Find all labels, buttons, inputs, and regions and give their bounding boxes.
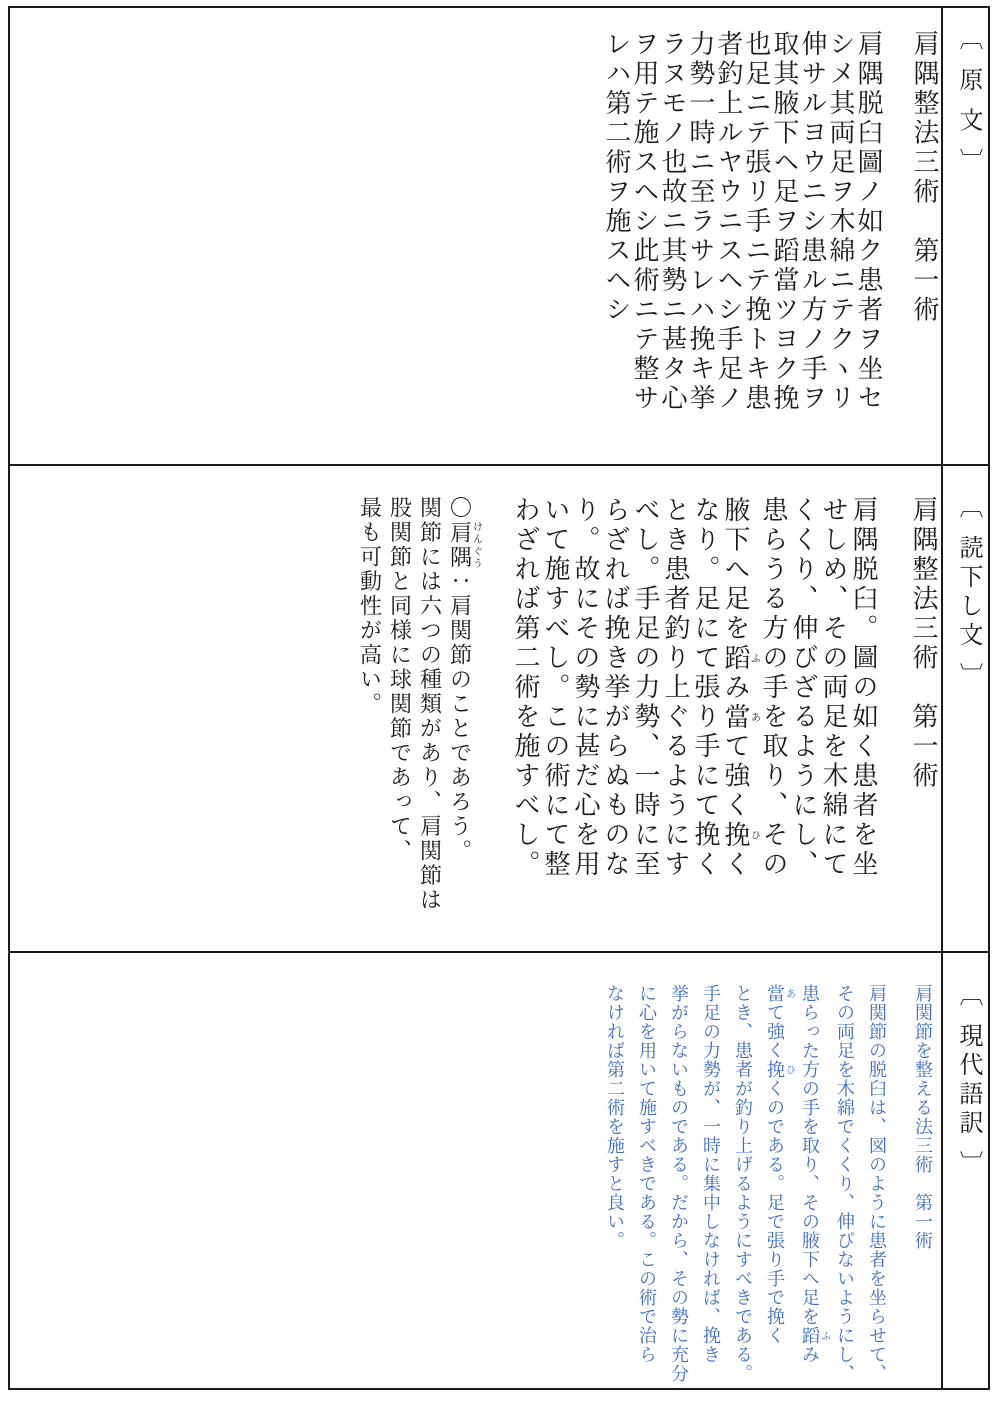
text-column: その両足を木綿でくくり、伸びないようにし、: [829, 984, 861, 1384]
text-column: 腋下へ足を蹈ふみ當あて強く挽ひく: [721, 496, 759, 946]
text-column: 肩隅脱臼。圖の如く患者を坐: [849, 496, 879, 946]
text-column: 當あて強く挽ひくのである。足で張り手で挽く: [759, 984, 794, 1384]
label-column-separator: [941, 6, 943, 1390]
text-column: わざれば第二術を施すべし。: [511, 496, 541, 946]
section-divider-2: [8, 951, 990, 953]
text-column: とき、患者が釣り上げるようにすべきである。: [727, 984, 759, 1384]
ruby-furigana: 當あ: [765, 984, 785, 1003]
text-column: とき患者釣り上ぐるようにす: [661, 496, 691, 946]
text-column: 肩関節の脱臼は、図のように患者を坐らせて、: [861, 984, 893, 1384]
body-text-columns: 肩隅脱臼。圖の如く患者を坐せしめ、その両足を木綿にてくくり、伸びざるようにし、患…: [511, 496, 879, 946]
text-column: ヲ用テ施スヘシ此術ニテ整サ: [631, 30, 659, 456]
text-column: 〇肩隅けんぐう：肩関節のことであろう。: [445, 496, 482, 946]
text-column: くくり、伸びざるようにし、: [789, 496, 819, 946]
text-column: 力勢一時ニ至ラサレハ挽キ挙: [687, 30, 715, 456]
text-column: 患らうる方の手を取り、その: [759, 496, 789, 946]
text-column: らざれば挽き挙がらぬものな: [601, 496, 631, 946]
text-column: ラヌモノ也故ニ其勢ニ甚タ心: [659, 30, 687, 456]
text-column: いて施すべし。この術にて整: [541, 496, 571, 946]
ruby-furigana: 肩隅けんぐう: [448, 521, 473, 570]
text-column: 伸サルヨウニシ患ル方ノ手ヲ: [799, 30, 827, 456]
body-text-columns: 肩関節の脱臼は、図のように患者を坐らせて、その両足を木綿でくくり、伸びないように…: [599, 984, 893, 1384]
section-label-original-text: 〔 原 文 〕: [948, 26, 988, 177]
section-reading-text: 肩隅整法三術 第一術 肩隅脱臼。圖の如く患者を坐せしめ、その両足を木綿にてくくり…: [20, 496, 939, 946]
text-column: シメ其両足ヲ木綿ニテクヽリ: [827, 30, 855, 456]
section-original-text: 肩隅整法三術 第一術 肩隅脱臼圖ノ如ク患者ヲ坐セシメ其両足ヲ木綿ニテクヽリ伸サル…: [20, 30, 939, 456]
text-column: レハ第二術ヲ施スヘシ: [603, 30, 631, 456]
text-column: なり。足にて張り手にて挽く: [691, 496, 721, 946]
text-column: 股関節と同様に球関節であって、: [385, 496, 415, 946]
section-title: 肩隅整法三術 第一術: [911, 30, 939, 456]
ruby-furigana: 當あ: [721, 703, 751, 733]
text-column: せしめ、その両足を木綿にて: [819, 496, 849, 946]
text-column: に心を用いて施すべきである。この術で治ら: [631, 984, 663, 1384]
text-column: なければ第二術を施すと良い。: [599, 984, 631, 1384]
section-title: 肩関節を整える法三術 第一術: [907, 984, 939, 1384]
text-column: 取其腋下ヘ足ヲ蹈當ツヨク挽: [771, 30, 799, 456]
section-label-reading-text: 〔 読下し文 〕: [948, 494, 988, 691]
text-column: り。故にその勢に甚だ心を用: [571, 496, 601, 946]
text-column: 手足の力勢が、一時に集中しなければ、挽き: [695, 984, 727, 1384]
text-column: 也足ニテ張リ手ニテ挽トキ患: [743, 30, 771, 456]
text-column: 最も可動性が高い。: [355, 496, 385, 946]
section-title: 肩隅整法三術 第一術: [909, 496, 939, 946]
section-label-modern-translation: 〔 現代語訳 〕: [948, 982, 988, 1179]
text-column: 患らった方の手を取り、その腋下へ足を蹈ふみ: [794, 984, 829, 1384]
text-column: 肩隅脱臼圖ノ如ク患者ヲ坐セ: [855, 30, 883, 456]
annotation-note-columns: 〇肩隅けんぐう：肩関節のことであろう。関節には六つの種類があり、肩関節は股関節と…: [355, 496, 482, 946]
text-column: べし。手足の力勢、一時に至: [631, 496, 661, 946]
ruby-furigana: 蹈ふ: [721, 644, 751, 674]
ruby-furigana: 挽ひ: [721, 821, 751, 851]
text-column: 者釣上ルヤウニスヘシ手足ノ: [715, 30, 743, 456]
ruby-furigana: 蹈ふ: [800, 1326, 820, 1345]
document-page: 〔 原 文 〕 肩隅整法三術 第一術 肩隅脱臼圖ノ如ク患者ヲ坐セシメ其両足ヲ木綿…: [0, 0, 1000, 1410]
text-column: 挙がらないものである。だから、その勢に充分: [663, 984, 695, 1384]
ruby-furigana: 挽ひ: [765, 1060, 785, 1079]
text-column: 関節には六つの種類があり、肩関節は: [415, 496, 445, 946]
section-divider-1: [8, 464, 990, 466]
section-modern-translation: 肩関節を整える法三術 第一術 肩関節の脱臼は、図のように患者を坐らせて、その両足…: [20, 984, 939, 1384]
body-text-columns: 肩隅脱臼圖ノ如ク患者ヲ坐セシメ其両足ヲ木綿ニテクヽリ伸サルヨウニシ患ル方ノ手ヲ取…: [603, 30, 883, 456]
